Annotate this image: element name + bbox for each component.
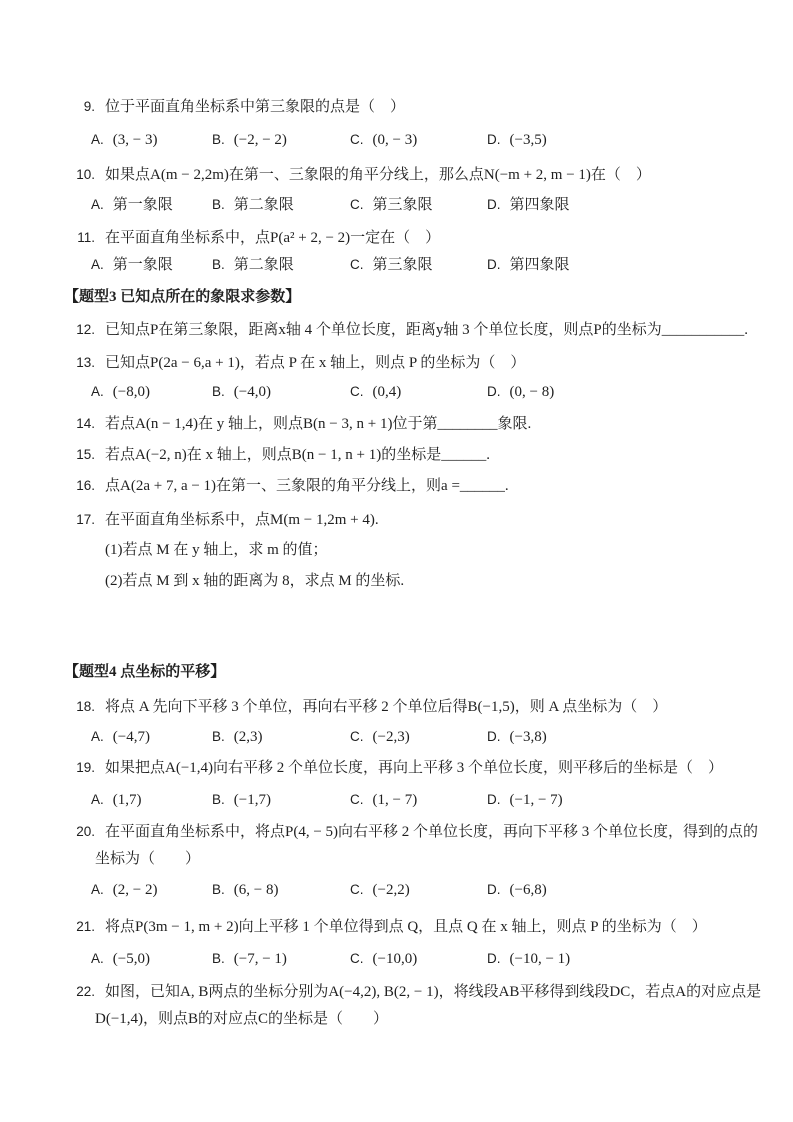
option-value: (−7, − 1) [234, 951, 287, 967]
option-label: D. [487, 951, 510, 966]
question-19: 19.如果把点A(−1,4)向右平移 2 个单位长度，再向上平移 3 个单位长度… [0, 758, 793, 778]
option-value: (−2,3) [373, 729, 410, 745]
question-text: 在平面直角坐标系中，点P(a² + 2, − 2)一定在（ ） [95, 230, 440, 246]
question-number: 13. [0, 353, 95, 373]
topic-heading-3: 【题型3 已知点所在的象限求参数】 [64, 287, 764, 307]
question-17-part-1: (1)若点 M 在 y 轴上，求 m 的值； [105, 540, 785, 560]
option-label: B. [212, 132, 234, 147]
question-text: 将点 A 先向下平移 3 个单位，再向右平移 2 个单位后得B(−1,5)，则 … [95, 699, 667, 715]
option-value: (0, − 3) [373, 132, 418, 148]
option-label: C. [350, 729, 373, 744]
question-20-options: A.(2, − 2) B.(6, − 8) C.(−2,2) D.(−6,8) [0, 880, 793, 900]
option-label: A. [91, 951, 113, 966]
option-label: A. [91, 792, 113, 807]
option-a: A.(−4,7) [91, 727, 150, 747]
question-15: 15.若点A(−2, n)在 x 轴上，则点B(n − 1, n + 1)的坐标… [0, 445, 793, 465]
option-a: A.(3, − 3) [91, 130, 157, 150]
option-b: B.(6, − 8) [212, 880, 278, 900]
option-b: B.(−7, − 1) [212, 949, 287, 969]
question-17: 17.在平面直角坐标系中，点M(m − 1,2m + 4). [0, 510, 793, 530]
option-label: B. [212, 384, 234, 399]
option-d: D.(−6,8) [487, 880, 547, 900]
question-number: 11. [0, 228, 95, 248]
question-text: 如图，已知A, B两点的坐标分别为A(−4,2), B(2, − 1)，将线段A… [95, 984, 761, 1000]
option-c: C.第三象限 [350, 195, 433, 215]
question-text: 将点P(3m − 1, m + 2)向上平移 1 个单位得到点 Q，且点 Q 在… [95, 919, 707, 935]
option-label: B. [212, 882, 234, 897]
option-value: 第三象限 [373, 257, 433, 273]
question-18-options: A.(−4,7) B.(2,3) C.(−2,3) D.(−3,8) [0, 727, 793, 747]
option-label: B. [212, 197, 234, 212]
option-a: A.(2, − 2) [91, 880, 157, 900]
option-a: A.第一象限 [91, 255, 173, 275]
option-value: (2, − 2) [113, 882, 158, 898]
option-label: A. [91, 132, 113, 147]
option-value: (1, − 7) [373, 792, 418, 808]
option-value: (−4,7) [113, 729, 150, 745]
option-value: (3, − 3) [113, 132, 158, 148]
question-text: 已知点P(2a − 6,a + 1)，若点 P 在 x 轴上，则点 P 的坐标为… [95, 355, 525, 371]
option-a: A.第一象限 [91, 195, 173, 215]
option-label: C. [350, 882, 373, 897]
question-13: 13.已知点P(2a − 6,a + 1)，若点 P 在 x 轴上，则点 P 的… [0, 353, 793, 373]
option-b: B.第二象限 [212, 255, 294, 275]
question-19-options: A.(1,7) B.(−1,7) C.(1, − 7) D.(−1, − 7) [0, 790, 793, 810]
option-label: C. [350, 792, 373, 807]
option-label: B. [212, 792, 234, 807]
option-a: A.(−8,0) [91, 382, 150, 402]
option-value: (2,3) [234, 729, 263, 745]
option-value: 第四象限 [510, 197, 570, 213]
option-label: D. [487, 792, 510, 807]
question-20: 20.在平面直角坐标系中，将点P(4, − 5)向右平移 2 个单位长度，再向下… [0, 822, 793, 842]
question-13-options: A.(−8,0) B.(−4,0) C.(0,4) D.(0, − 8) [0, 382, 793, 402]
question-21-options: A.(−5,0) B.(−7, − 1) C.(−10,0) D.(−10, −… [0, 949, 793, 969]
option-d: D.第四象限 [487, 255, 570, 275]
question-22-line-2: D(−1,4)，则点B的对应点C的坐标是（ ） [95, 1009, 785, 1029]
option-d: D.(−1, − 7) [487, 790, 563, 810]
option-b: B.(−2, − 2) [212, 130, 287, 150]
option-d: D.(−3,5) [487, 130, 547, 150]
option-value: (0,4) [373, 384, 402, 400]
option-value: (1,7) [113, 792, 142, 808]
option-c: C.(−10,0) [350, 949, 417, 969]
question-14: 14.若点A(n − 1,4)在 y 轴上，则点B(n − 3, n + 1)位… [0, 414, 793, 434]
option-label: C. [350, 951, 373, 966]
option-value: 第三象限 [373, 197, 433, 213]
option-b: B.(−1,7) [212, 790, 271, 810]
option-label: B. [212, 729, 234, 744]
option-value: (−1,7) [234, 792, 271, 808]
question-number: 9. [0, 97, 95, 117]
question-text: 在平面直角坐标系中，将点P(4, − 5)向右平移 2 个单位长度，再向下平移 … [95, 824, 758, 840]
question-text: 位于平面直角坐标系中第三象限的点是（ ） [95, 99, 405, 115]
option-c: C.(0, − 3) [350, 130, 417, 150]
option-value: (−2, − 2) [234, 132, 287, 148]
option-d: D.(−10, − 1) [487, 949, 570, 969]
option-label: A. [91, 882, 113, 897]
option-a: A.(−5,0) [91, 949, 150, 969]
option-label: D. [487, 197, 510, 212]
option-label: A. [91, 729, 113, 744]
option-label: A. [91, 197, 113, 212]
option-value: (−10,0) [373, 951, 418, 967]
question-17-part-2: (2)若点 M 到 x 轴的距离为 8，求点 M 的坐标. [105, 571, 785, 591]
option-value: (−1, − 7) [510, 792, 563, 808]
option-c: C.(−2,2) [350, 880, 410, 900]
question-22: 22.如图，已知A, B两点的坐标分别为A(−4,2), B(2, − 1)，将… [0, 982, 793, 1002]
option-d: D.(−3,8) [487, 727, 547, 747]
option-label: D. [487, 384, 510, 399]
option-value: 第二象限 [234, 197, 294, 213]
question-number: 18. [0, 697, 95, 717]
option-value: (−10, − 1) [510, 951, 571, 967]
question-21: 21.将点P(3m − 1, m + 2)向上平移 1 个单位得到点 Q，且点 … [0, 917, 793, 937]
option-c: C.第三象限 [350, 255, 433, 275]
question-number: 10. [0, 165, 95, 185]
option-value: (0, − 8) [510, 384, 555, 400]
option-d: D.第四象限 [487, 195, 570, 215]
question-number: 17. [0, 510, 95, 530]
option-label: D. [487, 132, 510, 147]
question-18: 18.将点 A 先向下平移 3 个单位，再向右平移 2 个单位后得B(−1,5)… [0, 697, 793, 717]
question-10: 10.如果点A(m − 2,2m)在第一、三象限的角平分线上，那么点N(−m +… [0, 165, 793, 185]
question-number: 12. [0, 320, 95, 340]
option-c: C.(−2,3) [350, 727, 410, 747]
question-number: 19. [0, 758, 95, 778]
question-11-options: A.第一象限 B.第二象限 C.第三象限 D.第四象限 [0, 255, 793, 275]
option-label: A. [91, 257, 113, 272]
question-text: 点A(2a + 7, a − 1)在第一、三象限的角平分线上，则a =_____… [95, 478, 509, 494]
option-label: B. [212, 951, 234, 966]
option-value: (−3,8) [510, 729, 547, 745]
option-value: 第一象限 [113, 197, 173, 213]
question-text: 已知点P在第三象限，距离x轴 4 个单位长度，距离y轴 3 个单位长度，则点P的… [95, 322, 748, 338]
option-value: 第一象限 [113, 257, 173, 273]
question-number: 16. [0, 476, 95, 496]
option-label: A. [91, 384, 113, 399]
question-text: 若点A(n − 1,4)在 y 轴上，则点B(n − 3, n + 1)位于第_… [95, 416, 531, 432]
question-number: 22. [0, 982, 95, 1002]
option-label: B. [212, 257, 234, 272]
option-label: C. [350, 197, 373, 212]
option-value: (−6,8) [510, 882, 547, 898]
option-value: (−4,0) [234, 384, 271, 400]
option-value: (6, − 8) [234, 882, 279, 898]
question-9-options: A.(3, − 3) B.(−2, − 2) C.(0, − 3) D.(−3,… [0, 130, 793, 150]
question-12: 12.已知点P在第三象限，距离x轴 4 个单位长度，距离y轴 3 个单位长度，则… [0, 320, 793, 340]
option-b: B.(−4,0) [212, 382, 271, 402]
question-text: 如果点A(m − 2,2m)在第一、三象限的角平分线上，那么点N(−m + 2,… [95, 167, 651, 183]
option-value: (−3,5) [510, 132, 547, 148]
option-c: C.(0,4) [350, 382, 401, 402]
question-10-options: A.第一象限 B.第二象限 C.第三象限 D.第四象限 [0, 195, 793, 215]
question-text: 如果把点A(−1,4)向右平移 2 个单位长度，再向上平移 3 个单位长度，则平… [95, 760, 723, 776]
option-label: D. [487, 729, 510, 744]
question-number: 20. [0, 822, 95, 842]
option-value: (−8,0) [113, 384, 150, 400]
question-text: 若点A(−2, n)在 x 轴上，则点B(n − 1, n + 1)的坐标是__… [95, 447, 490, 463]
question-9: 9.位于平面直角坐标系中第三象限的点是（ ） [0, 97, 793, 117]
option-b: B.第二象限 [212, 195, 294, 215]
question-11: 11.在平面直角坐标系中，点P(a² + 2, − 2)一定在（ ） [0, 228, 793, 248]
option-label: D. [487, 882, 510, 897]
option-value: (−5,0) [113, 951, 150, 967]
option-value: 第二象限 [234, 257, 294, 273]
question-20-line-2: 坐标为（ ） [95, 849, 785, 869]
option-d: D.(0, − 8) [487, 382, 554, 402]
option-value: (−2,2) [373, 882, 410, 898]
option-label: C. [350, 257, 373, 272]
option-label: D. [487, 257, 510, 272]
option-c: C.(1, − 7) [350, 790, 417, 810]
topic-heading-4: 【题型4 点坐标的平移】 [64, 662, 764, 682]
question-number: 15. [0, 445, 95, 465]
option-label: C. [350, 132, 373, 147]
question-number: 14. [0, 414, 95, 434]
option-b: B.(2,3) [212, 727, 263, 747]
question-number: 21. [0, 917, 95, 937]
option-label: C. [350, 384, 373, 399]
question-text: 在平面直角坐标系中，点M(m − 1,2m + 4). [95, 512, 379, 528]
option-value: 第四象限 [510, 257, 570, 273]
question-16: 16.点A(2a + 7, a − 1)在第一、三象限的角平分线上，则a =__… [0, 476, 793, 496]
option-a: A.(1,7) [91, 790, 142, 810]
